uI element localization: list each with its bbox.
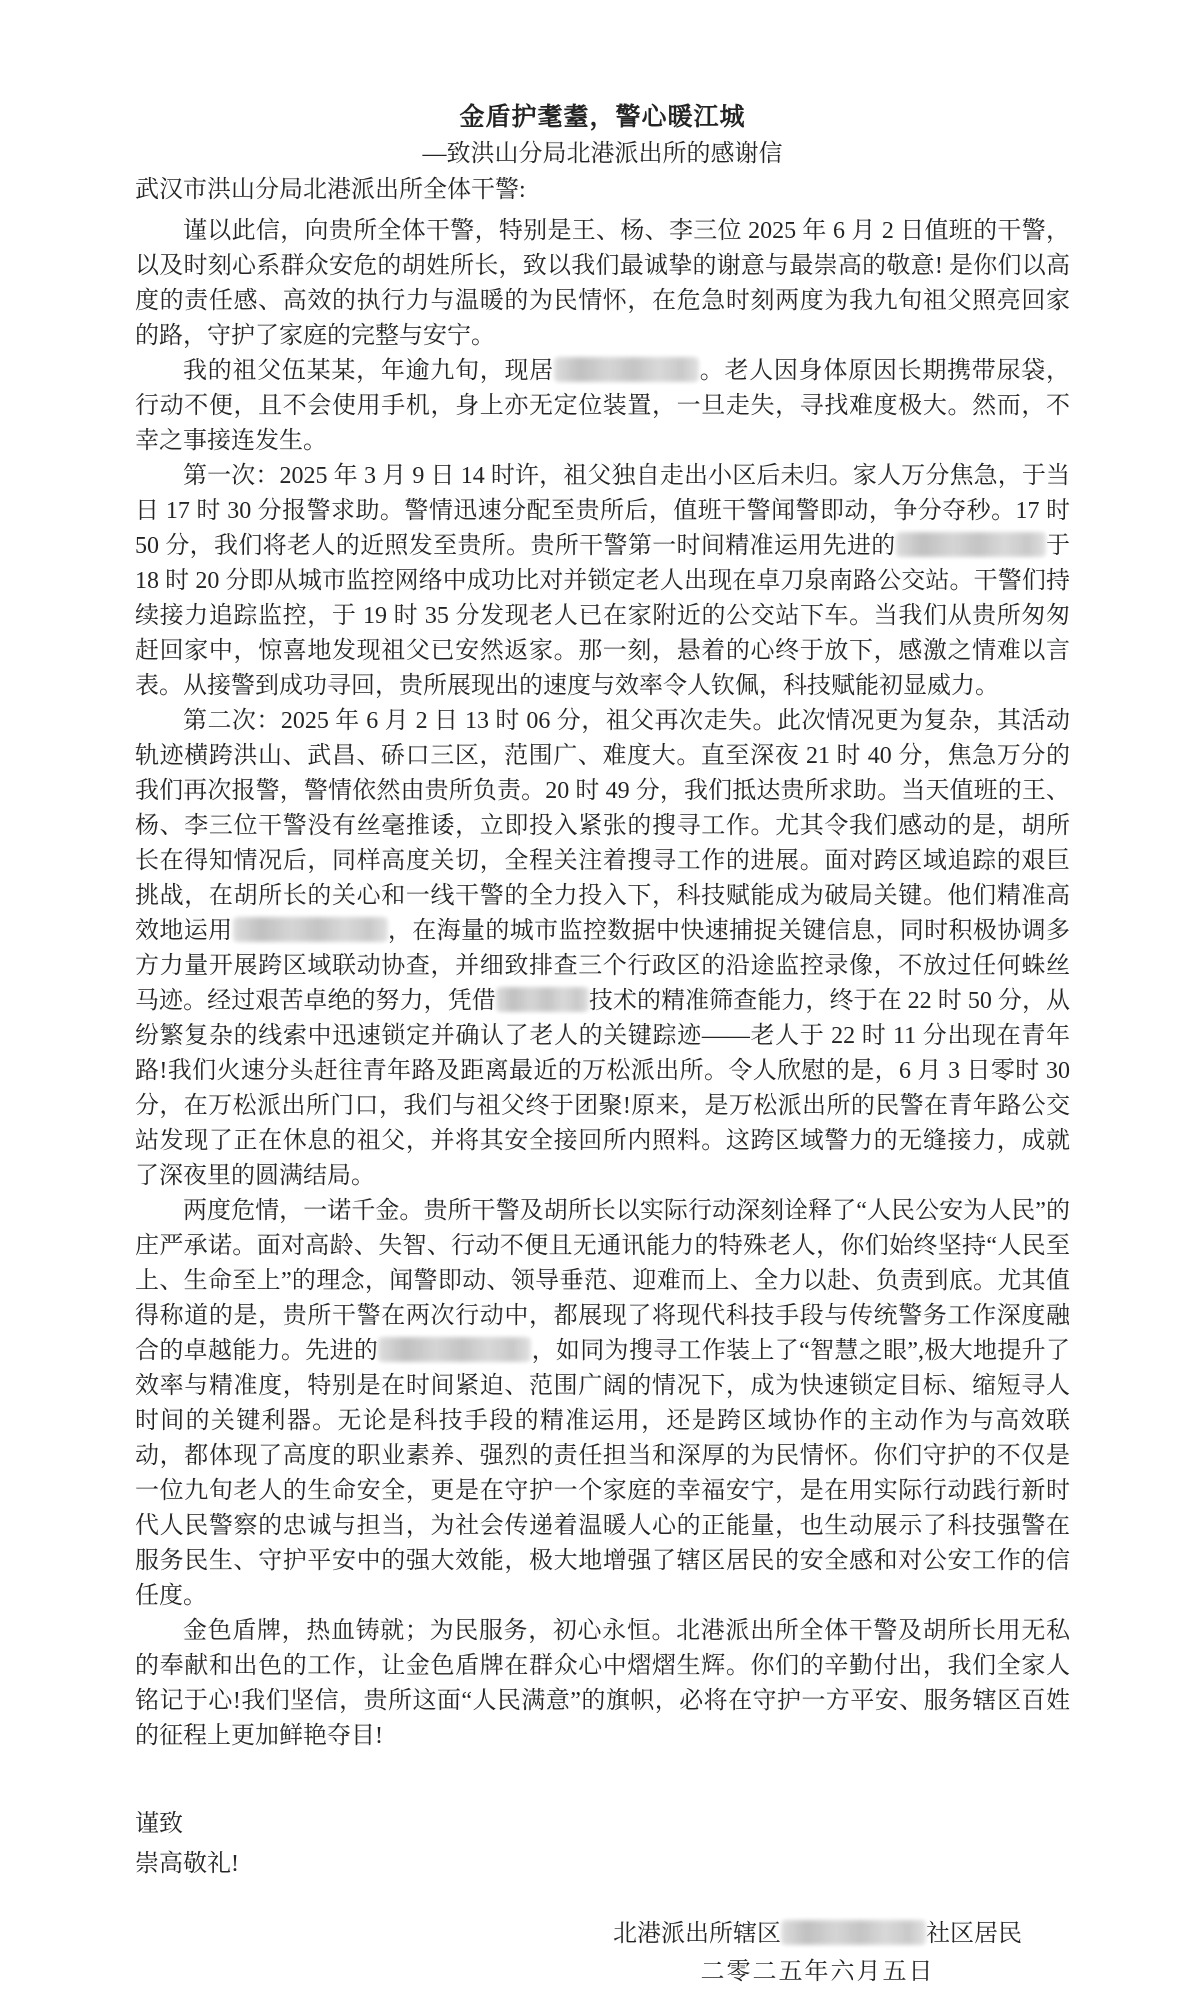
text-run: 技术的精准筛查能力，终于在 22 时 50 分，从纷繁复杂的线索中迅速锁定并确认… [135, 988, 1070, 1189]
signature-block: 北港派出所辖区社区居民 二零二五年六月五日 [613, 1916, 1022, 1990]
text-run: 第二次：2025 年 6 月 2 日 13 时 06 分，祖父再次走失。此次情况… [135, 708, 1070, 944]
body-paragraph: 我的祖父伍某某，年逾九旬，现居。老人因身体原因长期携带尿袋，行动不便，且不会使用… [135, 354, 1070, 459]
redacted-text [896, 532, 1046, 557]
letter-subtitle: —致洪山分局北港派出所的感谢信 [135, 136, 1070, 172]
text-run: 社区居民 [926, 1921, 1022, 1947]
closing-line-respectfully: 谨致 [135, 1804, 1070, 1844]
text-run: 北港派出所辖区 [613, 1921, 781, 1947]
text-run: ，如同为搜寻工作装上了“智慧之眼”,极大地提升了效率与精准度，特别是在时间紧迫、… [135, 1338, 1070, 1609]
text-run: 我的祖父伍某某，年逾九旬，现居 [183, 358, 554, 384]
redacted-text [781, 1920, 926, 1945]
redacted-text [233, 917, 388, 942]
signature-line: 北港派出所辖区社区居民 [613, 1916, 1022, 1952]
body-paragraph: 谨以此信，向贵所全体干警，特别是王、杨、李三位 2025 年 6 月 2 日值班… [135, 214, 1070, 354]
redacted-text [496, 987, 589, 1012]
text-run: 谨以此信，向贵所全体干警，特别是王、杨、李三位 2025 年 6 月 2 日值班… [135, 218, 1070, 349]
redacted-text [554, 357, 699, 382]
letter-body: 谨以此信，向贵所全体干警，特别是王、杨、李三位 2025 年 6 月 2 日值班… [135, 214, 1070, 1754]
closing-block: 谨致 崇高敬礼! [135, 1804, 1070, 1884]
redacted-text [378, 1337, 531, 1362]
letter-title: 金盾护耄耋，警心暖江城 [135, 100, 1070, 136]
thank-you-letter-document: 金盾护耄耋，警心暖江城 —致洪山分局北港派出所的感谢信 武汉市洪山分局北港派出所… [0, 0, 1200, 1989]
body-paragraph: 两度危情，一诺千金。贵所干警及胡所长以实际行动深刻诠释了“人民公安为人民”的庄严… [135, 1194, 1070, 1614]
text-run: 金色盾牌，热血铸就；为民服务，初心永恒。北港派出所全体干警及胡所长用无私的奉献和… [135, 1618, 1070, 1749]
body-paragraph: 第一次：2025 年 3 月 9 日 14 时许，祖父独自走出小区后未归。家人万… [135, 459, 1070, 704]
body-paragraph: 第二次：2025 年 6 月 2 日 13 时 06 分，祖父再次走失。此次情况… [135, 704, 1070, 1194]
letter-salutation: 武汉市洪山分局北港派出所全体干警: [135, 172, 1070, 208]
body-paragraph: 金色盾牌，热血铸就；为民服务，初心永恒。北港派出所全体干警及胡所长用无私的奉献和… [135, 1614, 1070, 1754]
signature-date: 二零二五年六月五日 [613, 1954, 1022, 1990]
closing-line-salute: 崇高敬礼! [135, 1844, 1070, 1884]
